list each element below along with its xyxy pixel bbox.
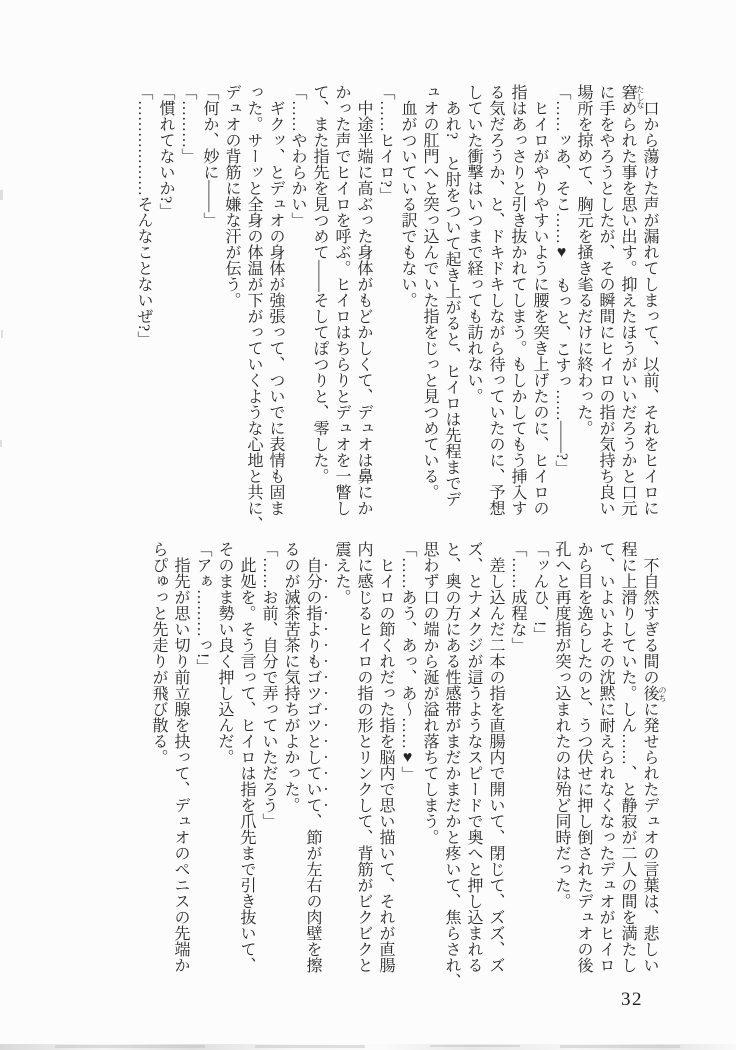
text-line: 「ッんひ、!」	[528, 541, 550, 995]
page-number: 32	[621, 989, 643, 1011]
text-line: 中途半端に高ぶった身体がもどかしくて、デュオは鼻にか	[352, 84, 374, 538]
text-line: 指先が思い切り前立腺を抉って、デュオのペニスの先端か	[169, 541, 191, 995]
furigana: のち	[658, 686, 667, 702]
scan-streak	[430, 1045, 520, 1047]
text-line: 「……成程な」	[506, 541, 528, 995]
text-line: 不自然すぎる間の後のちに発せられたデュオの言葉は、悲しい	[638, 541, 660, 995]
text-line: 「アぁ………っ!」	[191, 541, 213, 995]
text-line: 「……お前、自分で弄っていただろう」	[257, 541, 279, 995]
text-line: 孔へと再度指が突っ込まれたのは殆ど同時だった。	[550, 541, 572, 995]
text-line: った。サーッと全身の体温が下がっていくような心地と共に、	[242, 84, 264, 538]
text-line: していた衝撃はいつまで経っても訪れない。	[462, 84, 484, 538]
text-line: ギクッ、とデュオの身体が強張って、ついでに表情も固ま	[264, 84, 286, 538]
scanned-novel-page: { "page": { "number": "32", "colors": { …	[0, 0, 736, 1050]
text-line: て、いよいよその沈黙に耐えられなくなったデュオがヒイロ	[594, 541, 616, 995]
text-line: ュオの肛門へと突っ込んでいた指をじっと見つめている。	[418, 84, 440, 538]
text-line: ヒイロがやりやすいように腰を突き上げたのに、ヒイロの	[528, 84, 550, 538]
scan-speck	[1, 330, 3, 338]
text-line: と、奥の方にある性感帯がまだかまだかと疼いて、焦らされ、	[440, 541, 462, 995]
scan-speck	[0, 440, 2, 447]
text-line: 血がついている訳でもない。	[396, 84, 418, 538]
text-line: 震えた。	[330, 541, 352, 995]
text-line: かった声でヒイロを呼ぶ。ヒイロはちらりとデュオを一瞥し	[330, 84, 352, 538]
text-line: らぴゅっと先走りが飛び散る。	[147, 541, 169, 995]
text-line: るのが滅茶苦茶に気持ちがよかった。	[279, 541, 301, 995]
text-line: 「何か、妙に――」	[198, 84, 220, 538]
scan-streak	[255, 1045, 365, 1048]
text-line: 窘たしなめられた事を思い出す。抑えたほうがいいだろうかと口元	[616, 84, 638, 538]
section-top: 口から蕩けた声が漏れてしまって、以前、それをヒイロに窘たしなめられた事を思い出す…	[132, 84, 660, 538]
scan-speck	[0, 190, 3, 200]
text-line: あれ? と肘をついて起き上がると、ヒイロは先程までデ	[440, 84, 462, 538]
text-line: ヒイロの節くれだった指を脳内で思い描いて、それが直腸	[374, 541, 396, 995]
text-line: ズ、とナメクジが這うようなスピードで奥へと押し込まれる	[462, 541, 484, 995]
text-line: 此処を。そう言って、ヒイロは指を爪先まで引き抜いて、	[235, 541, 257, 995]
text-line: 「……やわらかい」	[286, 84, 308, 538]
text-line: 「………………そんなことないぜ?」	[132, 84, 154, 538]
text-line: 程に上滑りしていた。しん……、と静寂が二人の間を満たし	[616, 541, 638, 995]
emphasized-text: 自分の指よりもゴツゴツとしていて	[304, 557, 321, 813]
text-line: から目を逸らしたのと、うつ伏せに押し倒されたデュオの後	[572, 541, 594, 995]
section-bottom: 不自然すぎる間の後のちに発せられたデュオの言葉は、悲しい程に上滑りしていた。しん…	[147, 541, 660, 995]
text-line: 内に感じるヒイロの指の形とリンクして、背筋がビクビクと	[352, 541, 374, 995]
ruby-base: 窘たしな	[619, 84, 636, 100]
text-line: に手をやろうとしたが、その瞬間にヒイロの指が気持ち良い	[594, 84, 616, 538]
ruby-base: 後のち	[641, 685, 658, 701]
text-line: 場所を掠めて、胸元を掻き毟るだけに終わった。	[572, 84, 594, 538]
text-line: 「………」	[176, 84, 198, 538]
text-line: そのまま勢い良く押し込んだ。	[213, 541, 235, 995]
text-line: 「慣れてないか?」	[154, 84, 176, 538]
text-line: 思わず口の端から涎が溢れ落ちてしまう。	[418, 541, 440, 995]
text-line: 差し込んだ二本の指を直腸内で開いて、閉じて、ズズ、ズ	[484, 541, 506, 995]
text-line: デュオの背筋に嫌な汗が伝う。	[220, 84, 242, 538]
text-line: 指はあっさりと引き抜かれてしまう。もしかしてもう挿入す	[506, 84, 528, 538]
text-line: 「……ヒイロ?」	[374, 84, 396, 538]
text-line: 自分の指よりもゴツゴツとしていて、節が左右の肉壁を擦	[301, 541, 330, 995]
text-line: て、また指先を見つめて――そしてぽつりと、零した。	[308, 84, 330, 538]
text-line: 口から蕩けた声が漏れてしまって、以前、それをヒイロに	[638, 84, 660, 538]
scan-streak	[560, 1045, 680, 1048]
scan-streak	[55, 1045, 205, 1048]
text-line: る気だろうか、と、ドキドキしながら待っていたのに、予想	[484, 84, 506, 538]
text-line: 「……ッあ、そこ……♥ もっと、こすっ……――?」	[550, 84, 572, 538]
furigana: たしな	[636, 85, 645, 109]
text-line: 「……あう、あっ、あ〜……♥」	[396, 541, 418, 995]
